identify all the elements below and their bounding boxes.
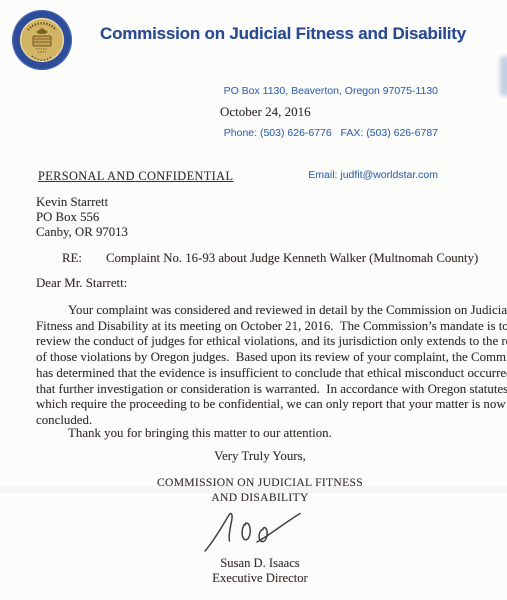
gratitude-line: Thank you for bringing this matter to ou… bbox=[68, 426, 332, 441]
confidential-label: PERSONAL AND CONFIDENTIAL bbox=[38, 169, 233, 184]
signatory-name: Susan D. Isaacs bbox=[20, 556, 500, 571]
letterhead-title: Commission on Judicial Fitness and Disab… bbox=[100, 24, 466, 44]
re-subject: Complaint No. 16-93 about Judge Kenneth … bbox=[106, 251, 478, 266]
handwritten-signature-icon bbox=[202, 510, 304, 561]
seal-graphic bbox=[10, 8, 74, 72]
body-line: of those violations by Oregon judges. Ba… bbox=[36, 350, 507, 366]
salutation: Dear Mr. Starrett: bbox=[36, 276, 127, 291]
letter-date: October 24, 2016 bbox=[220, 104, 311, 120]
scanned-letter-page: Commission on Judicial Fitness and Disab… bbox=[0, 0, 507, 600]
scan-edge-artifact bbox=[500, 56, 507, 96]
recipient-city-state-zip: Canby, OR 97013 bbox=[36, 225, 128, 240]
signatory-title: Executive Director bbox=[20, 571, 500, 586]
re-label: RE: bbox=[62, 251, 82, 266]
recipient-name: Kevin Starrett bbox=[36, 195, 128, 210]
org-signature-line-1: COMMISSION ON JUDICIAL FITNESS bbox=[20, 476, 500, 491]
letterhead-contact-block: PO Box 1130, Beaverton, Oregon 97075-113… bbox=[224, 56, 438, 210]
recipient-po-box: PO Box 556 bbox=[36, 210, 128, 225]
body-line: Your complaint was considered and review… bbox=[36, 303, 507, 319]
body-line: that further investigation or considerat… bbox=[36, 382, 507, 398]
contact-phone-fax-line: Phone: (503) 626-6776 FAX: (503) 626-678… bbox=[224, 126, 438, 140]
body-line: has determined that the evidence is insu… bbox=[36, 366, 507, 382]
signature-strokes bbox=[202, 510, 304, 556]
oregon-state-seal-icon bbox=[10, 8, 74, 72]
body-line: which require the proceeding to be confi… bbox=[36, 397, 507, 413]
contact-address-line: PO Box 1130, Beaverton, Oregon 97075-113… bbox=[224, 84, 438, 98]
body-line: review the conduct of judges for ethical… bbox=[36, 334, 507, 350]
org-signature-line-2: AND DISABILITY bbox=[20, 491, 500, 506]
closing-line: Very Truly Yours, bbox=[20, 449, 500, 464]
org-signature-block: COMMISSION ON JUDICIAL FITNESS AND DISAB… bbox=[20, 476, 500, 506]
body-line: Fitness and Disability at its meeting on… bbox=[36, 319, 507, 335]
recipient-address-block: Kevin Starrett PO Box 556 Canby, OR 9701… bbox=[36, 195, 128, 240]
letter-body-paragraph: Your complaint was considered and review… bbox=[36, 303, 507, 429]
contact-email-line: Email: judfit@worldstar.com bbox=[224, 168, 438, 182]
